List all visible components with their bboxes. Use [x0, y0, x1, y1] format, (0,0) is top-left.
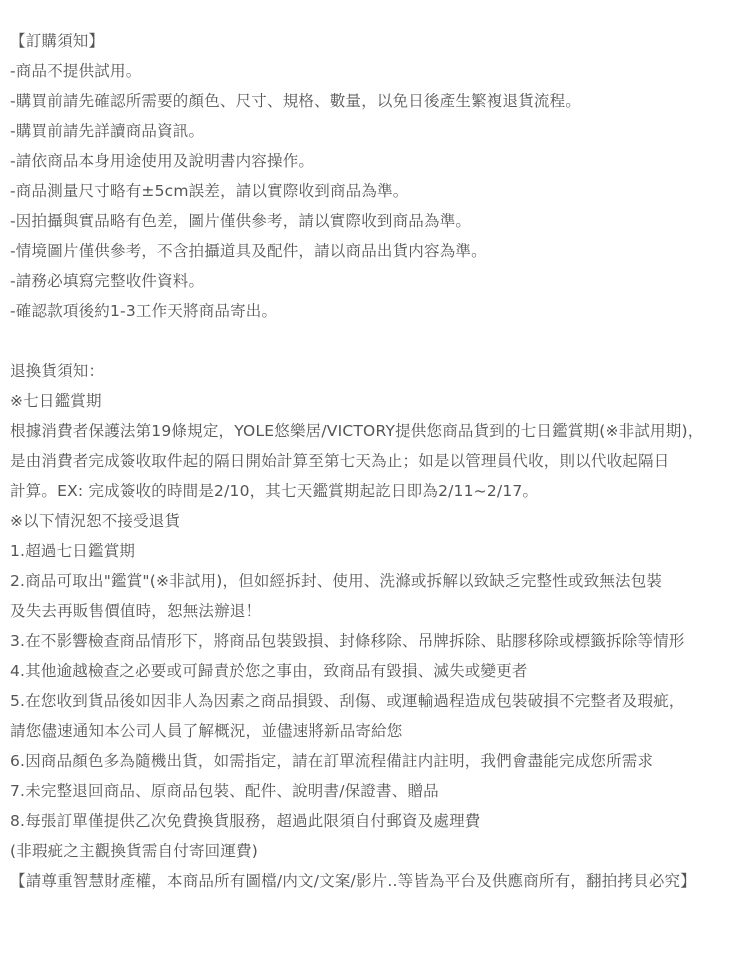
order-notice-item: -商品不提供試用。 — [10, 56, 750, 86]
order-notice-item: -因拍攝與實品略有色差，圖片僅供參考，請以實際收到商品為準。 — [10, 206, 750, 236]
order-notice-item: -請務必填寫完整收件資料。 — [10, 266, 750, 296]
section-spacer — [10, 326, 750, 356]
exclusion-item: 7.未完整退回商品、原商品包裝、配件、說明書/保證書、贈品 — [10, 776, 750, 806]
order-notice-title: 【訂購須知】 — [10, 26, 750, 56]
order-notice-section: 【訂購須知】 -商品不提供試用。 -購買前請先確認所需要的顏色、尺寸、規格、數量… — [10, 26, 750, 326]
exclusion-item: 2.商品可取出"鑑賞"(※非試用)，但如經拆封、使用、洗滌或拆解以致缺乏完整性或… — [10, 566, 750, 596]
exclusion-item: 1.超過七日鑑賞期 — [10, 536, 750, 566]
exclusion-item: 8.每張訂單僅提供乙次免費換貨服務，超過此限須自付郵資及處理費 — [10, 806, 750, 836]
appreciation-period-text: 計算。EX: 完成簽收的時間是2/10，其七天鑑賞期起訖日即為2/11~2/17… — [10, 476, 750, 506]
copyright-notice: 【請尊重智慧財產權，本商品所有圖檔/内文/文案/影片..等皆為平台及供應商所有，… — [10, 866, 750, 896]
return-notice-title: 退換貨須知： — [10, 356, 750, 386]
order-notice-item: -確認款項後約1-3工作天將商品寄出。 — [10, 296, 750, 326]
exclusion-item: 6.因商品顏色多為隨機出貨，如需指定，請在訂單流程備註内註明，我們會盡能完成您所… — [10, 746, 750, 776]
order-notice-item: -請依商品本身用途使用及說明書内容操作。 — [10, 146, 750, 176]
return-notice-section: 退換貨須知： ※七日鑑賞期 根據消費者保護法第19條規定，YOLE悠樂居/VIC… — [10, 356, 750, 896]
order-notice-item: -購買前請先詳讀商品資訊。 — [10, 116, 750, 146]
appreciation-period-heading: ※七日鑑賞期 — [10, 386, 750, 416]
exclusion-item: 4.其他逾越檢查之必要或可歸責於您之事由，致商品有毀損、滅失或變更者 — [10, 656, 750, 686]
product-notice-document: 【訂購須知】 -商品不提供試用。 -購買前請先確認所需要的顏色、尺寸、規格、數量… — [0, 0, 750, 896]
exclusion-item: 3.在不影響檢查商品情形下，將商品包裝毀損、封條移除、吊牌拆除、貼膠移除或標籤拆… — [10, 626, 750, 656]
exclusion-item: 5.在您收到貨品後如因非人為因素之商品損毀、刮傷、或運輸過程造成包裝破損不完整者… — [10, 686, 750, 716]
exclusions-heading: ※以下情況恕不接受退貨 — [10, 506, 750, 536]
order-notice-item: -商品測量尺寸略有±5cm誤差，請以實際收到商品為準。 — [10, 176, 750, 206]
exclusion-item: (非瑕疵之主觀換貨需自付寄回運費) — [10, 836, 750, 866]
exclusion-item: 及失去再販售價值時，恕無法辦退！ — [10, 596, 750, 626]
appreciation-period-text: 是由消費者完成簽收取件起的隔日開始計算至第七天為止；如是以管理員代收，則以代收起… — [10, 446, 750, 476]
order-notice-item: -購買前請先確認所需要的顏色、尺寸、規格、數量，以免日後產生繁複退貨流程。 — [10, 86, 750, 116]
appreciation-period-text: 根據消費者保護法第19條規定，YOLE悠樂居/VICTORY提供您商品貨到的七日… — [10, 416, 750, 446]
exclusion-item: 請您儘速通知本公司人員了解概況，並儘速將新品寄給您 — [10, 716, 750, 746]
order-notice-item: -情境圖片僅供參考，不含拍攝道具及配件，請以商品出貨内容為準。 — [10, 236, 750, 266]
